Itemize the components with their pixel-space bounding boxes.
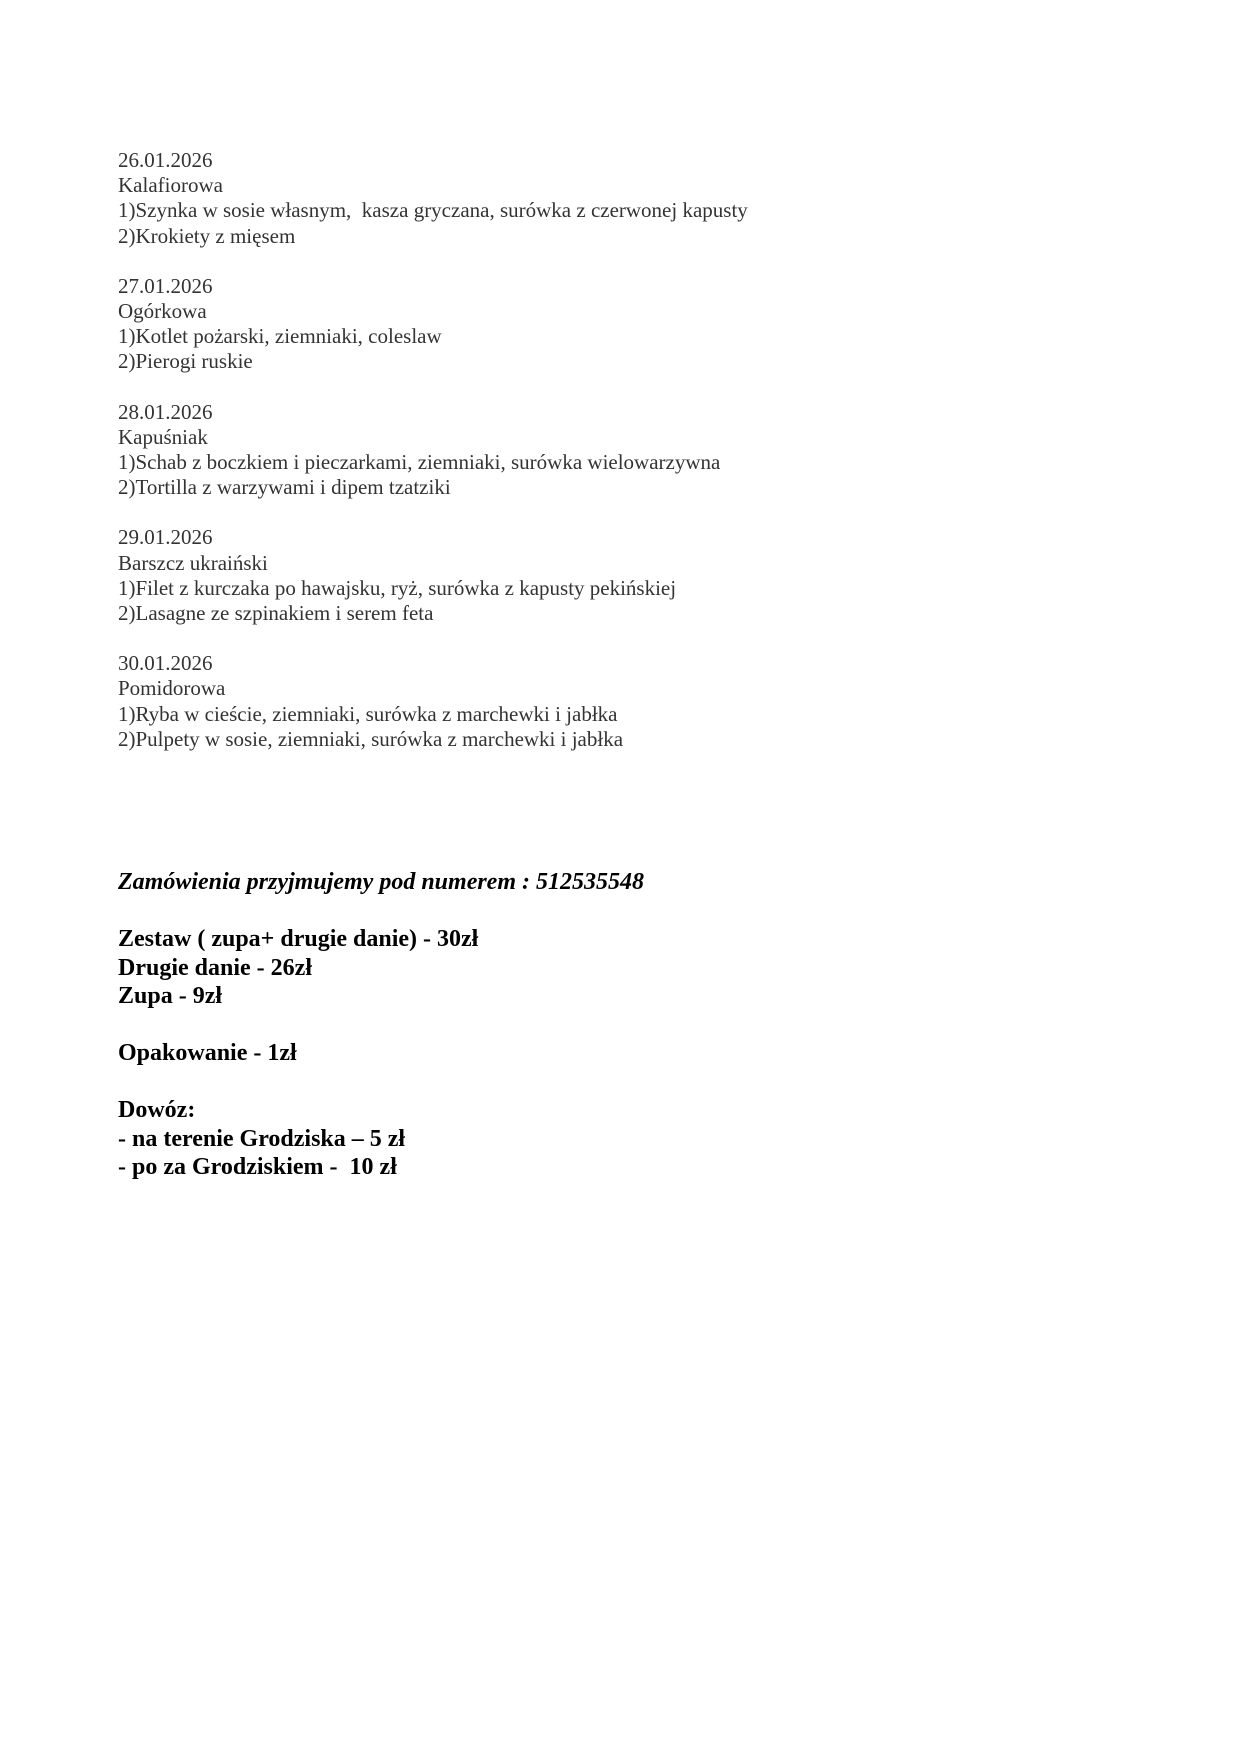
delivery-outside: - po za Grodziskiem - 10 zł — [118, 1153, 644, 1182]
weekly-menu: 26.01.2026 Kalafiorowa 1)Szynka w sosie … — [118, 148, 748, 777]
delivery-title: Dowóz: — [118, 1096, 644, 1125]
day-dish-1: 1)Schab z boczkiem i pieczarkami, ziemni… — [118, 450, 748, 475]
delivery-local: - na terenie Grodziska – 5 zł — [118, 1125, 644, 1154]
menu-day: 30.01.2026 Pomidorowa 1)Ryba w cieście, … — [118, 651, 748, 752]
day-soup: Pomidorowa — [118, 676, 748, 701]
price-soup: Zupa - 9zł — [118, 982, 644, 1011]
day-dish-2: 2)Lasagne ze szpinakiem i serem feta — [118, 601, 748, 626]
day-date: 28.01.2026 — [118, 400, 748, 425]
day-soup: Ogórkowa — [118, 299, 748, 324]
day-dish-1: 1)Ryba w cieście, ziemniaki, surówka z m… — [118, 702, 748, 727]
spacer — [118, 1068, 644, 1097]
menu-day: 27.01.2026 Ogórkowa 1)Kotlet pożarski, z… — [118, 274, 748, 375]
menu-day: 28.01.2026 Kapuśniak 1)Schab z boczkiem … — [118, 400, 748, 501]
day-dish-2: 2)Pulpety w sosie, ziemniaki, surówka z … — [118, 727, 748, 752]
price-main-dish: Drugie danie - 26zł — [118, 954, 644, 983]
day-date: 26.01.2026 — [118, 148, 748, 173]
order-info: Zamówienia przyjmujemy pod numerem : 512… — [118, 868, 644, 1182]
day-soup: Kalafiorowa — [118, 173, 748, 198]
day-date: 29.01.2026 — [118, 525, 748, 550]
day-dish-1: 1)Kotlet pożarski, ziemniaki, coleslaw — [118, 324, 748, 349]
day-dish-2: 2)Tortilla z warzywami i dipem tzatziki — [118, 475, 748, 500]
day-dish-2: 2)Pierogi ruskie — [118, 349, 748, 374]
day-dish-1: 1)Filet z kurczaka po hawajsku, ryż, sur… — [118, 576, 748, 601]
price-packaging: Opakowanie - 1zł — [118, 1039, 644, 1068]
menu-day: 26.01.2026 Kalafiorowa 1)Szynka w sosie … — [118, 148, 748, 249]
price-set: Zestaw ( zupa+ drugie danie) - 30zł — [118, 925, 644, 954]
order-phone-line: Zamówienia przyjmujemy pod numerem : 512… — [118, 868, 644, 897]
day-date: 27.01.2026 — [118, 274, 748, 299]
spacer — [118, 1011, 644, 1040]
day-soup: Barszcz ukraiński — [118, 551, 748, 576]
day-soup: Kapuśniak — [118, 425, 748, 450]
day-dish-2: 2)Krokiety z mięsem — [118, 224, 748, 249]
day-date: 30.01.2026 — [118, 651, 748, 676]
document-page: 26.01.2026 Kalafiorowa 1)Szynka w sosie … — [0, 0, 1242, 1755]
day-dish-1: 1)Szynka w sosie własnym, kasza gryczana… — [118, 198, 748, 223]
menu-day: 29.01.2026 Barszcz ukraiński 1)Filet z k… — [118, 525, 748, 626]
